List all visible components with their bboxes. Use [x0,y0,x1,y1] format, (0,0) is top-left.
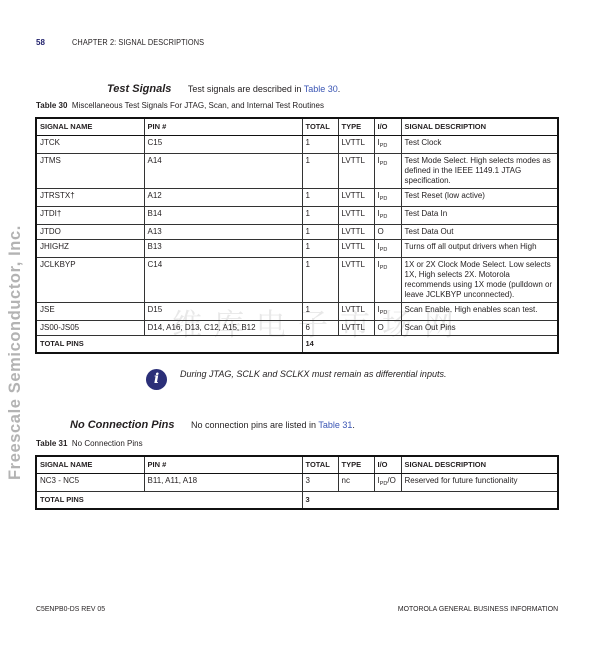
io-cell: IPD [374,189,401,207]
pin-cell: D15 [144,303,302,321]
type-cell: LVTTL [338,321,374,336]
footer-classification: MOTOROLA GENERAL BUSINESS INFORMATION [398,604,558,613]
type-cell: LVTTL [338,136,374,154]
type-cell: LVTTL [338,240,374,258]
total-cell: 1 [302,258,338,303]
signal-name-cell: JTCK [36,136,144,154]
description-cell: Scan Out Pins [401,321,558,336]
io-cell: IPD [374,240,401,258]
column-header: TOTAL [302,118,338,136]
io-cell: O [374,321,401,336]
note-text: During JTAG, SCLK and SCLKX must remain … [180,369,446,379]
test-signals-section: Test Signals Test signals are described … [107,79,340,97]
nc-pins-section: No Connection Pins No connection pins ar… [70,415,355,433]
description-cell: Reserved for future functionality [401,474,558,492]
column-header: SIGNAL DESCRIPTION [401,456,558,474]
table-row: JSED151LVTTLIPDScan Enable. High enables… [36,303,558,321]
page-number: 58 [36,38,45,47]
description-cell: Test Data In [401,207,558,225]
table-row: JTDOA131LVTTLOTest Data Out [36,225,558,240]
total-row: TOTAL PINS3 [36,492,558,510]
type-cell: LVTTL [338,189,374,207]
pin-cell: D14, A16, D13, C12, A15, B12 [144,321,302,336]
total-cell: 1 [302,240,338,258]
chapter-title: CHAPTER 2: SIGNAL DESCRIPTIONS [72,38,204,47]
table-31: SIGNAL NAMEPIN #TOTALTYPEI/OSIGNAL DESCR… [35,455,559,510]
io-cell: IPD [374,207,401,225]
table-row: JTRSTX†A121LVTTLIPDTest Reset (low activ… [36,189,558,207]
type-cell: LVTTL [338,154,374,189]
table-header-row: SIGNAL NAMEPIN #TOTALTYPEI/OSIGNAL DESCR… [36,118,558,136]
total-cell: 1 [302,189,338,207]
table-row: NC3 - NC5B11, A11, A183ncIPD/OReserved f… [36,474,558,492]
io-subscript: PD [380,310,388,316]
total-cell: 1 [302,136,338,154]
total-cell: 1 [302,303,338,321]
pin-cell: C15 [144,136,302,154]
table-31-caption: Table 31 No Connection Pins [36,439,143,448]
table-row: JTMSA141LVTTLIPDTest Mode Select. High s… [36,154,558,189]
table-30: SIGNAL NAMEPIN #TOTALTYPEI/OSIGNAL DESCR… [35,117,559,354]
pin-cell: B13 [144,240,302,258]
table-row: JHIGHZB131LVTTLIPDTurns off all output d… [36,240,558,258]
pin-cell: A12 [144,189,302,207]
section-title: Test Signals [107,83,171,95]
section-title: No Connection Pins [70,419,175,431]
io-subscript: PD [380,196,388,202]
io-subscript: PD [380,481,388,487]
description-cell: Test Mode Select. High selects modes as … [401,154,558,189]
io-cell: IPD [374,303,401,321]
column-header: SIGNAL NAME [36,118,144,136]
column-header: PIN # [144,118,302,136]
type-cell: nc [338,474,374,492]
column-header: PIN # [144,456,302,474]
column-header: I/O [374,456,401,474]
column-header: TYPE [338,118,374,136]
signal-name-cell: JTDO [36,225,144,240]
signal-name-cell: JCLKBYP [36,258,144,303]
footer-doc-id: C5ENPB0-DS REV 05 [36,604,105,613]
column-header: TYPE [338,456,374,474]
io-subscript: PD [380,214,388,220]
table-row: JS00-JS05D14, A16, D13, C12, A15, B126LV… [36,321,558,336]
table-row: JCLKBYPC141LVTTLIPD1X or 2X Clock Mode S… [36,258,558,303]
total-label: TOTAL PINS [36,492,302,510]
io-cell: O [374,225,401,240]
signal-name-cell: JHIGHZ [36,240,144,258]
column-header: TOTAL [302,456,338,474]
pin-cell: A14 [144,154,302,189]
io-cell: IPD [374,154,401,189]
signal-name-cell: JSE [36,303,144,321]
type-cell: LVTTL [338,303,374,321]
vendor-sidebar-text: Freescale Semiconductor, Inc. [6,225,25,480]
type-cell: LVTTL [338,258,374,303]
io-subscript: PD [380,161,388,167]
table-31-link[interactable]: Table 31 [318,420,352,430]
description-cell: Test Clock [401,136,558,154]
total-value: 3 [302,492,558,510]
total-cell: 6 [302,321,338,336]
io-subscript: PD [380,143,388,149]
signal-name-cell: JTMS [36,154,144,189]
table-row: JTDI†B141LVTTLIPDTest Data In [36,207,558,225]
table-row: JTCKC151LVTTLIPDTest Clock [36,136,558,154]
pin-cell: C14 [144,258,302,303]
total-cell: 1 [302,154,338,189]
total-value: 14 [302,336,558,354]
total-cell: 3 [302,474,338,492]
total-label: TOTAL PINS [36,336,302,354]
column-header: I/O [374,118,401,136]
description-cell: 1X or 2X Clock Mode Select. Low selects … [401,258,558,303]
description-cell: Test Data Out [401,225,558,240]
description-cell: Turns off all output drivers when High [401,240,558,258]
io-cell: IPD [374,258,401,303]
pin-cell: B11, A11, A18 [144,474,302,492]
signal-name-cell: JTRSTX† [36,189,144,207]
description-cell: Test Reset (low active) [401,189,558,207]
type-cell: LVTTL [338,207,374,225]
table-header-row: SIGNAL NAMEPIN #TOTALTYPEI/OSIGNAL DESCR… [36,456,558,474]
io-cell: IPD [374,136,401,154]
column-header: SIGNAL DESCRIPTION [401,118,558,136]
io-subscript: PD [380,265,388,271]
io-cell: IPD/O [374,474,401,492]
signal-name-cell: NC3 - NC5 [36,474,144,492]
io-subscript: PD [380,247,388,253]
section-text: Test signals are described in Table 30. [188,84,340,94]
type-cell: LVTTL [338,225,374,240]
info-icon: i [146,369,167,390]
table-30-caption: Table 30 Miscellaneous Test Signals For … [36,101,324,110]
pin-cell: A13 [144,225,302,240]
pin-cell: B14 [144,207,302,225]
signal-name-cell: JTDI† [36,207,144,225]
table-30-link[interactable]: Table 30 [304,84,338,94]
total-row: TOTAL PINS14 [36,336,558,354]
total-cell: 1 [302,225,338,240]
column-header: SIGNAL NAME [36,456,144,474]
signal-name-cell: JS00-JS05 [36,321,144,336]
total-cell: 1 [302,207,338,225]
description-cell: Scan Enable. High enables scan test. [401,303,558,321]
section-text: No connection pins are listed in Table 3… [191,420,355,430]
